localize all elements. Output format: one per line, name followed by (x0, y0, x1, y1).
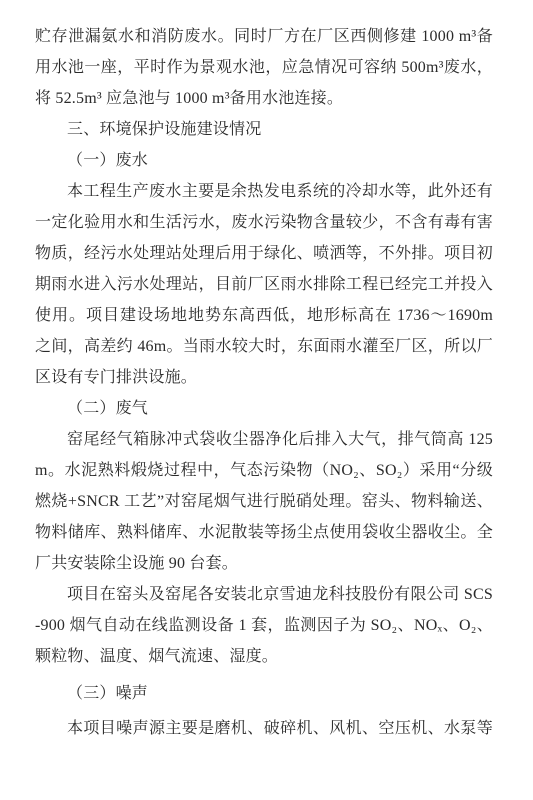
para-noise-sources: 本项目噪声源主要是磨机、破碎机、风机、空压机、水泵等 (35, 713, 493, 744)
para-wastewater: 本工程生产废水主要是余热发电系统的冷却水等，此外还有一定化验用水和生活污水，废水… (35, 176, 493, 393)
heading-subsection-1-wastewater: （一）废水 (35, 145, 493, 176)
document-text-block: 贮存泄漏氨水和消防废水。同时厂方在厂区西侧修建 1000 m³备用水池一座，平时… (35, 21, 493, 744)
heading-subsection-2-waste-gas: （二）废气 (35, 393, 493, 424)
heading-subsection-3-noise: （三）噪声 (35, 678, 493, 709)
heading-section-3-environmental-facilities: 三、环境保护设施建设情况 (35, 114, 493, 145)
para-online-monitoring: 项目在窑头及窑尾各安装北京雪迪龙科技股份有限公司 SCS-900 烟气自动在线监… (35, 579, 493, 672)
para-waste-gas: 窑尾经气箱脉冲式袋收尘器净化后排入大气，排气筒高 125m。水泥熟料煅烧过程中，… (35, 424, 493, 579)
para-emergency-pools-continued: 贮存泄漏氨水和消防废水。同时厂方在厂区西侧修建 1000 m³备用水池一座，平时… (35, 21, 493, 114)
document-page: 贮存泄漏氨水和消防废水。同时厂方在厂区西侧修建 1000 m³备用水池一座，平时… (0, 0, 533, 800)
